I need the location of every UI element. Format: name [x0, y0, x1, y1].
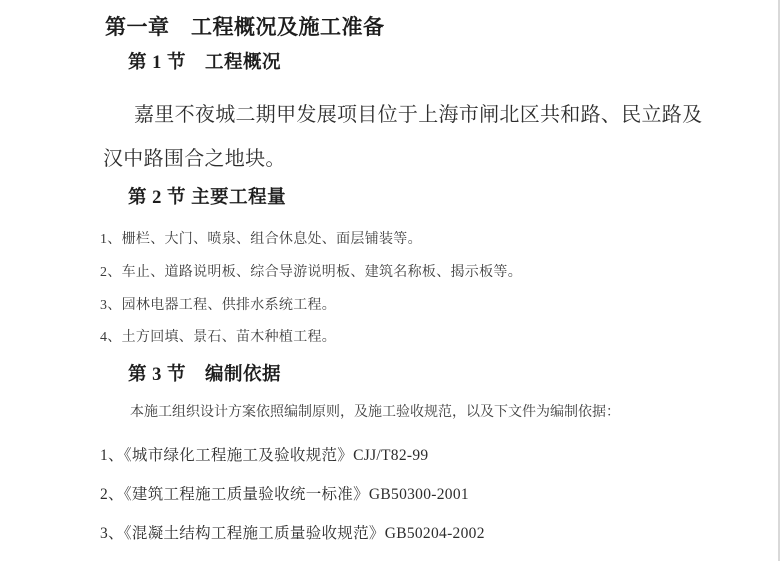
work-quantity-item-4: 4、土方回填、景石、苗木种植工程。	[100, 322, 522, 355]
reference-item-3: 3、《混凝土结构工程施工质量验收规范》GB50204-2002	[100, 514, 485, 553]
chapter-heading: 第一章 工程概况及施工准备	[105, 15, 385, 39]
reference-item-1: 1、《城市绿化工程施工及验收规范》CJJ/T82-99	[100, 436, 485, 475]
section-3-heading: 第 3 节 编制依据	[128, 364, 281, 387]
work-quantity-item-1: 1、栅栏、大门、喷泉、组合休息处、面层铺装等。	[100, 224, 522, 257]
document-page: 第一章 工程概况及施工准备 第 1 节 工程概况 嘉里不夜城二期甲发展项目位于上…	[0, 0, 780, 561]
work-quantity-item-2: 2、车止、道路说明板、综合导游说明板、建筑名称板、揭示板等。	[100, 257, 522, 290]
section-1-heading: 第 1 节 工程概况	[128, 52, 281, 75]
section-2-heading: 第 2 节 主要工程量	[128, 187, 286, 210]
compilation-basis-intro: 本施工组织设计方案依照编制原则，及施工验收规范，以及下文件为编制依据：	[103, 403, 663, 423]
reference-item-2: 2、《建筑工程施工质量验收统一标准》GB50300-2001	[100, 475, 485, 514]
project-overview-paragraph: 嘉里不夜城二期甲发展项目位于上海市闸北区共和路、民立路及汉中路围合之地块。	[103, 93, 709, 181]
work-quantity-list: 1、栅栏、大门、喷泉、组合休息处、面层铺装等。 2、车止、道路说明板、综合导游说…	[100, 224, 522, 355]
work-quantity-item-3: 3、园林电器工程、供排水系统工程。	[100, 290, 522, 323]
reference-list: 1、《城市绿化工程施工及验收规范》CJJ/T82-99 2、《建筑工程施工质量验…	[100, 436, 485, 553]
